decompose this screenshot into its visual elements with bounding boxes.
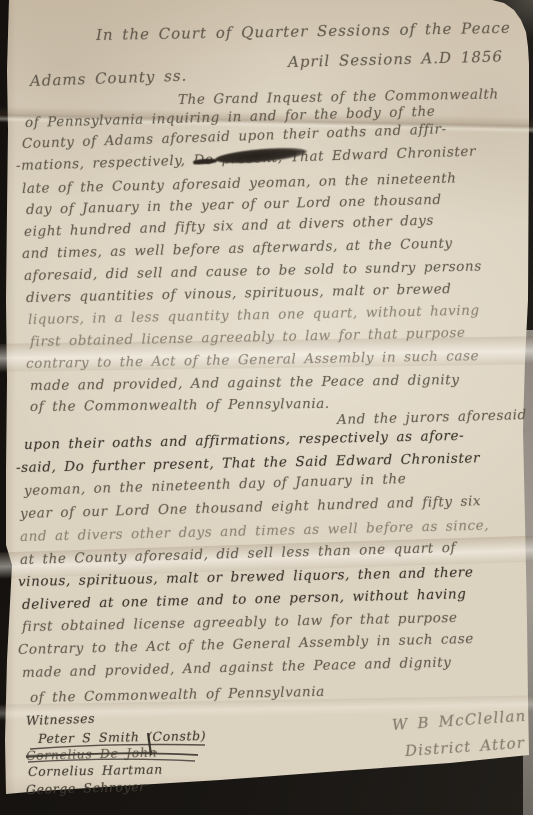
witness-name: George Schroyer <box>26 779 146 797</box>
photograph-of-document: In the Court of Quarter Sessions of the … <box>0 0 533 815</box>
strikethrough-mark <box>20 733 240 781</box>
body-line: of the Commonwealth of Pennsylvania. <box>30 396 330 415</box>
witnesses-label: Witnesses <box>26 711 96 728</box>
